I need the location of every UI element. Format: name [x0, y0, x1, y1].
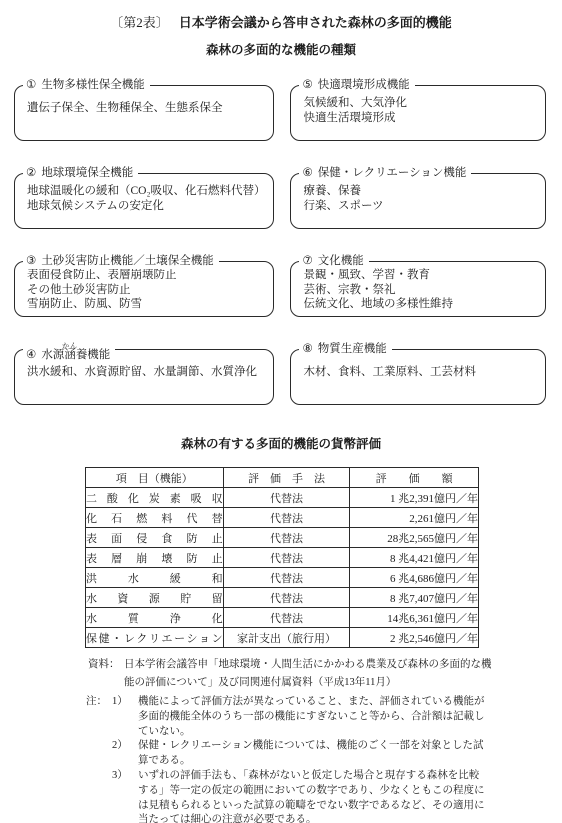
function-box-4-title: ④水源涵かん養機能 [23, 342, 115, 363]
table-row: 洪水緩和 代替法 6 兆4,686億円／年 [86, 568, 479, 588]
table-row: 表層崩壊防止 代替法 8 兆4,421億円／年 [86, 548, 479, 568]
function-box-3-line: その他土砂災害防止 [27, 283, 265, 298]
cell-item: 水資源貯留 [86, 588, 224, 608]
table-row: 保健・レクリエーション 家計支出（旅行用） 2 兆2,546億円／年 [86, 628, 479, 648]
note-line: 算である。 [138, 754, 483, 769]
note-line: 多面的機能全体のうち一部の機能にすぎないこと等から、合計額は記載し [138, 710, 485, 725]
function-box-5: ⑤快適環境形成機能 気候緩和、大気浄化 快適生活環境形成 [290, 85, 546, 141]
function-box-6: ⑥保健・レクリエーション機能 療養、保養 行楽、スポーツ [290, 173, 546, 229]
document-header: 〔第2表〕日本学術会議から答申された森林の多面的機能 [0, 14, 562, 31]
function-box-6-line: 行楽、スポーツ [303, 199, 537, 214]
cell-method: 代替法 [223, 608, 350, 628]
note-2-text: 保健・レクリエーション機能については、機能のごく一部を対象とした試 算である。 [138, 739, 483, 769]
cell-amount: 8 兆4,421億円／年 [350, 548, 479, 568]
function-box-1-title-text: 生物多様性保全機能 [41, 79, 145, 91]
cell-method: 代替法 [223, 488, 350, 508]
notes-label: 注： [86, 695, 112, 739]
function-box-1: ①生物多様性保全機能 遺伝子保全、生物種保全、生態系保全 [14, 85, 274, 141]
note-1: 注： 1） 機能によって評価方法が異なっていること、また、評価されている機能が … [86, 695, 562, 739]
circled-number-7: ⑦ [302, 255, 312, 267]
furigana-ruby: 涵かん [64, 349, 76, 361]
circled-number-5: ⑤ [302, 79, 312, 91]
function-box-2-line: 地球温暖化の緩和（CO₂吸収、化石燃料代替） [27, 184, 265, 199]
function-box-5-title-text: 快適環境形成機能 [318, 79, 410, 91]
function-box-6-title-text: 保健・レクリエーション機能 [318, 167, 467, 179]
function-box-4-title-text: 水源涵かん養機能 [41, 349, 110, 361]
document-page: 〔第2表〕日本学術会議から答申された森林の多面的機能 森林の多面的な機能の種類 … [0, 0, 562, 823]
cell-amount: 1 兆2,391億円／年 [350, 488, 479, 508]
function-box-2-title: ②地球環境保全機能 [23, 166, 138, 181]
note-3: 3） いずれの評価手法も、「森林がないと仮定した場合と現存する森林を比較 する」… [86, 769, 562, 823]
source-block: 資料： 日本学術会議答申「地球環境・人間生活にかかわる農業及び森林の多面的な機 … [88, 656, 562, 692]
document-subtitle: 森林の多面的な機能の種類 [0, 42, 562, 58]
function-box-8-title: ⑧物質生産機能 [299, 342, 391, 357]
function-box-7-line: 伝統文化、地域の多様性維持 [303, 297, 537, 312]
circled-number-2: ② [26, 167, 36, 179]
function-box-1-line: 遺伝子保全、生物種保全、生態系保全 [27, 101, 265, 116]
note-3-number: 3） [112, 769, 138, 823]
function-box-4: ④水源涵かん養機能 洪水緩和、水資源貯留、水量調節、水質浄化 [14, 349, 274, 405]
note-2-number: 2） [112, 739, 138, 769]
table-row: 表面侵食防止 代替法 28兆2,565億円／年 [86, 528, 479, 548]
source-text: 日本学術会議答申「地球環境・人間生活にかかわる農業及び森林の多面的な機 能の評価… [124, 656, 492, 692]
function-box-8-line: 木材、食料、工業原料、工芸材料 [303, 365, 537, 380]
function-box-7-line: 景観・風致、学習・教育 [303, 268, 537, 283]
circled-number-6: ⑥ [302, 167, 312, 179]
note-1-number: 1） [112, 695, 138, 739]
function-box-5-line: 気候緩和、大気浄化 [303, 96, 537, 111]
source-line: 日本学術会議答申「地球環境・人間生活にかかわる農業及び森林の多面的な機 [124, 656, 492, 674]
note-2: 2） 保健・レクリエーション機能については、機能のごく一部を対象とした試 算であ… [86, 739, 562, 769]
cell-method: 代替法 [223, 548, 350, 568]
table-number-label: 〔第2表〕 [110, 15, 169, 30]
function-box-1-title: ①生物多様性保全機能 [23, 78, 150, 93]
header-item: 項 目（機能） [86, 468, 224, 488]
circled-number-8: ⑧ [302, 343, 312, 355]
table-header-row: 項 目（機能） 評 価 手 法 評 価 額 [86, 468, 479, 488]
function-box-7-title: ⑦文化機能 [299, 254, 368, 269]
circled-number-1: ① [26, 79, 36, 91]
circled-number-3: ③ [26, 255, 36, 267]
table-row: 水資源貯留 代替法 8 兆7,407億円／年 [86, 588, 479, 608]
note-1-text: 機能によって評価方法が異なっていること、また、評価されている機能が 多面的機能全… [138, 695, 485, 739]
notes-block: 注： 1） 機能によって評価方法が異なっていること、また、評価されている機能が … [86, 695, 562, 823]
function-box-7-line: 芸術、宗教・祭礼 [303, 283, 537, 298]
function-box-3-line: 表面侵食防止、表層崩壊防止 [27, 268, 265, 283]
header-method: 評 価 手 法 [223, 468, 350, 488]
cell-item: 洪水緩和 [86, 568, 224, 588]
table-row: 二酸化炭素吸収 代替法 1 兆2,391億円／年 [86, 488, 479, 508]
function-box-8-title-text: 物質生産機能 [318, 343, 387, 355]
note-line: 当たっては細心の注意が必要である。 [138, 813, 485, 823]
function-box-3-title: ③土砂災害防止機能／土壌保全機能 [23, 254, 219, 269]
function-box-3-body: 表面侵食防止、表層崩壊防止 その他土砂災害防止 雪崩防止、防風、防雪 [27, 262, 265, 312]
function-box-7: ⑦文化機能 景観・風致、学習・教育 芸術、宗教・祭礼 伝統文化、地域の多様性維持 [290, 261, 546, 317]
function-box-5-title: ⑤快適環境形成機能 [299, 78, 414, 93]
function-box-3-title-text: 土砂災害防止機能／土壌保全機能 [41, 255, 214, 267]
note-line: は見積もられるといった試算の範疇をでない数字であるなど、その適用に [138, 799, 485, 814]
cell-amount: 8 兆7,407億円／年 [350, 588, 479, 608]
valuation-table: 項 目（機能） 評 価 手 法 評 価 額 二酸化炭素吸収 代替法 1 兆2,3… [85, 467, 479, 648]
valuation-table-title: 森林の有する多面的機能の貨幣評価 [0, 436, 562, 452]
table-row: 化石燃料代替 代替法 2,261億円／年 [86, 508, 479, 528]
function-box-3: ③土砂災害防止機能／土壌保全機能 表面侵食防止、表層崩壊防止 その他土砂災害防止… [14, 261, 274, 317]
cell-amount: 14兆6,361億円／年 [350, 608, 479, 628]
cell-item: 化石燃料代替 [86, 508, 224, 528]
cell-amount: 28兆2,565億円／年 [350, 528, 479, 548]
cell-amount: 6 兆4,686億円／年 [350, 568, 479, 588]
function-boxes-grid: ①生物多様性保全機能 遺伝子保全、生物種保全、生態系保全 ⑤快適環境形成機能 気… [0, 85, 562, 405]
document-title: 日本学術会議から答申された森林の多面的機能 [179, 15, 452, 30]
cell-item: 保健・レクリエーション [86, 628, 224, 648]
function-box-2-title-text: 地球環境保全機能 [41, 167, 133, 179]
cell-method: 代替法 [223, 528, 350, 548]
cell-item: 表面侵食防止 [86, 528, 224, 548]
cell-amount: 2 兆2,546億円／年 [350, 628, 479, 648]
cell-item: 二酸化炭素吸収 [86, 488, 224, 508]
cell-method: 代替法 [223, 568, 350, 588]
function-box-2: ②地球環境保全機能 地球温暖化の緩和（CO₂吸収、化石燃料代替） 地球気候システ… [14, 173, 274, 229]
source-line: 能の評価について」及び同関連付属資料（平成13年11月） [124, 674, 492, 692]
cell-method: 代替法 [223, 508, 350, 528]
note-line: いずれの評価手法も、「森林がないと仮定した場合と現存する森林を比較 [138, 769, 485, 784]
function-box-3-line: 雪崩防止、防風、防雪 [27, 297, 265, 312]
function-box-4-line: 洪水緩和、水資源貯留、水量調節、水質浄化 [27, 365, 265, 380]
cell-method: 代替法 [223, 588, 350, 608]
function-box-7-body: 景観・風致、学習・教育 芸術、宗教・祭礼 伝統文化、地域の多様性維持 [303, 262, 537, 312]
cell-method: 家計支出（旅行用） [223, 628, 350, 648]
table-row: 水質浄化 代替法 14兆6,361億円／年 [86, 608, 479, 628]
cell-item: 水質浄化 [86, 608, 224, 628]
function-box-7-title-text: 文化機能 [318, 255, 364, 267]
note-line: ていない。 [138, 725, 485, 740]
note-3-text: いずれの評価手法も、「森林がないと仮定した場合と現存する森林を比較 する」等一定… [138, 769, 485, 823]
function-box-8: ⑧物質生産機能 木材、食料、工業原料、工芸材料 [290, 349, 546, 405]
function-box-6-line: 療養、保養 [303, 184, 537, 199]
function-box-6-title: ⑥保健・レクリエーション機能 [299, 166, 471, 181]
note-line: する」等一定の仮定の範囲においての数字であり、少なくともこの程度に [138, 784, 485, 799]
circled-number-4: ④ [26, 349, 36, 361]
note-line: 保健・レクリエーション機能については、機能のごく一部を対象とした試 [138, 739, 483, 754]
function-box-2-line: 地球気候システムの安定化 [27, 199, 265, 214]
header-amount: 評 価 額 [350, 468, 479, 488]
note-line: 機能によって評価方法が異なっていること、また、評価されている機能が [138, 695, 485, 710]
cell-item: 表層崩壊防止 [86, 548, 224, 568]
source-label: 資料： [88, 656, 124, 692]
function-box-5-line: 快適生活環境形成 [303, 111, 537, 126]
cell-amount: 2,261億円／年 [350, 508, 479, 528]
